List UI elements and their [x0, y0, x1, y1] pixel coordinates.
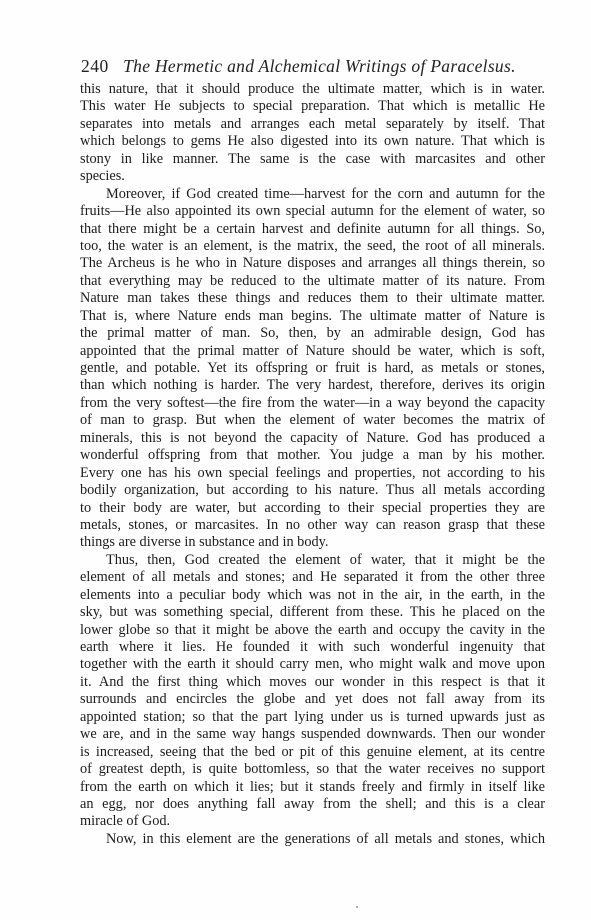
text-line: that there might be a certain harvest an… [80, 221, 545, 238]
text-line: Now, in this element are the generations… [80, 831, 545, 848]
text-line: gentle, and potable. Yet its offspring o… [80, 360, 545, 377]
text-line: than which nothing is harder. The very h… [80, 377, 545, 394]
text-line: separates into metals and arranges each … [80, 116, 545, 133]
text-line: bodily organization, but according to hi… [80, 482, 545, 499]
text-line: Moreover, if God created time—harvest fo… [80, 186, 545, 203]
paragraph: Now, in this element are the generations… [80, 831, 545, 848]
paragraph: Moreover, if God created time—harvest fo… [80, 186, 545, 552]
text-line: together with the earth it should carry … [80, 656, 545, 673]
text-line: the primal matter of man. So, then, by a… [80, 325, 545, 342]
text-line: lower globe so that it might be above th… [80, 622, 545, 639]
text-line: minerals, this is not beyond the capacit… [80, 430, 545, 447]
text-line: things are diverse in substance and in b… [80, 534, 545, 551]
text-line: miracle of God. [80, 813, 545, 830]
text-line: species. [80, 168, 545, 185]
text-line: Every one has his own special feelings a… [80, 465, 545, 482]
text-line: is increased, seeing that the bed or pit… [80, 744, 545, 761]
text-line: metals, stones, or marcasites. In no oth… [80, 517, 545, 534]
page-speck [356, 906, 358, 908]
text-line: element of all metals and stones; and He… [80, 569, 545, 586]
text-line: appointed station; so that the part lyin… [80, 709, 545, 726]
body-text: this nature, that it should produce the … [80, 81, 545, 848]
page-number: 240 [81, 56, 109, 76]
text-line: This water He subjects to special prepar… [80, 98, 545, 115]
book-page: 240 The Hermetic and Alchemical Writings… [0, 0, 591, 920]
text-line: from the very softest—the fire from the … [80, 395, 545, 412]
text-line: this nature, that it should produce the … [80, 81, 545, 98]
running-head: 240 The Hermetic and Alchemical Writings… [81, 56, 551, 77]
text-line: of man to grasp. But when the element of… [80, 412, 545, 429]
text-line: too, the water is an element, is the mat… [80, 238, 545, 255]
text-line: That is, where Nature ends man begins. T… [80, 308, 545, 325]
book-title: The Hermetic and Alchemical Writings of … [123, 56, 516, 76]
text-line: The Archeus is he who in Nature disposes… [80, 255, 545, 272]
text-line: sky, but was something special, differen… [80, 604, 545, 621]
text-line: surrounds and encircles the globe and ye… [80, 691, 545, 708]
text-line: it. And the first thing which moves our … [80, 674, 545, 691]
text-line: Thus, then, God created the element of w… [80, 552, 545, 569]
text-line: to their body are water, but according t… [80, 500, 545, 517]
text-line: appointed that the primal matter of Natu… [80, 343, 545, 360]
text-line: stony in like manner. The same is the ca… [80, 151, 545, 168]
text-line: elements into a peculiar body which was … [80, 587, 545, 604]
paragraph: this nature, that it should produce the … [80, 81, 545, 186]
text-line: which belongs to gems He also digested i… [80, 133, 545, 150]
text-line: an egg, nor does anything fall away from… [80, 796, 545, 813]
text-line: that everything may be reduced to the ul… [80, 273, 545, 290]
text-line: from the earth on which it lies; but it … [80, 779, 545, 796]
text-line: wonderful offspring from that mother. Yo… [80, 447, 545, 464]
text-line: we are, and in the same way hangs suspen… [80, 726, 545, 743]
text-line: fruits—He also appointed its own special… [80, 203, 545, 220]
paragraph: Thus, then, God created the element of w… [80, 552, 545, 831]
text-line: Nature man takes these things and reduce… [80, 290, 545, 307]
text-line: earth where it lies. He founded it with … [80, 639, 545, 656]
text-line: of greatest depth, is quite bottomless, … [80, 761, 545, 778]
